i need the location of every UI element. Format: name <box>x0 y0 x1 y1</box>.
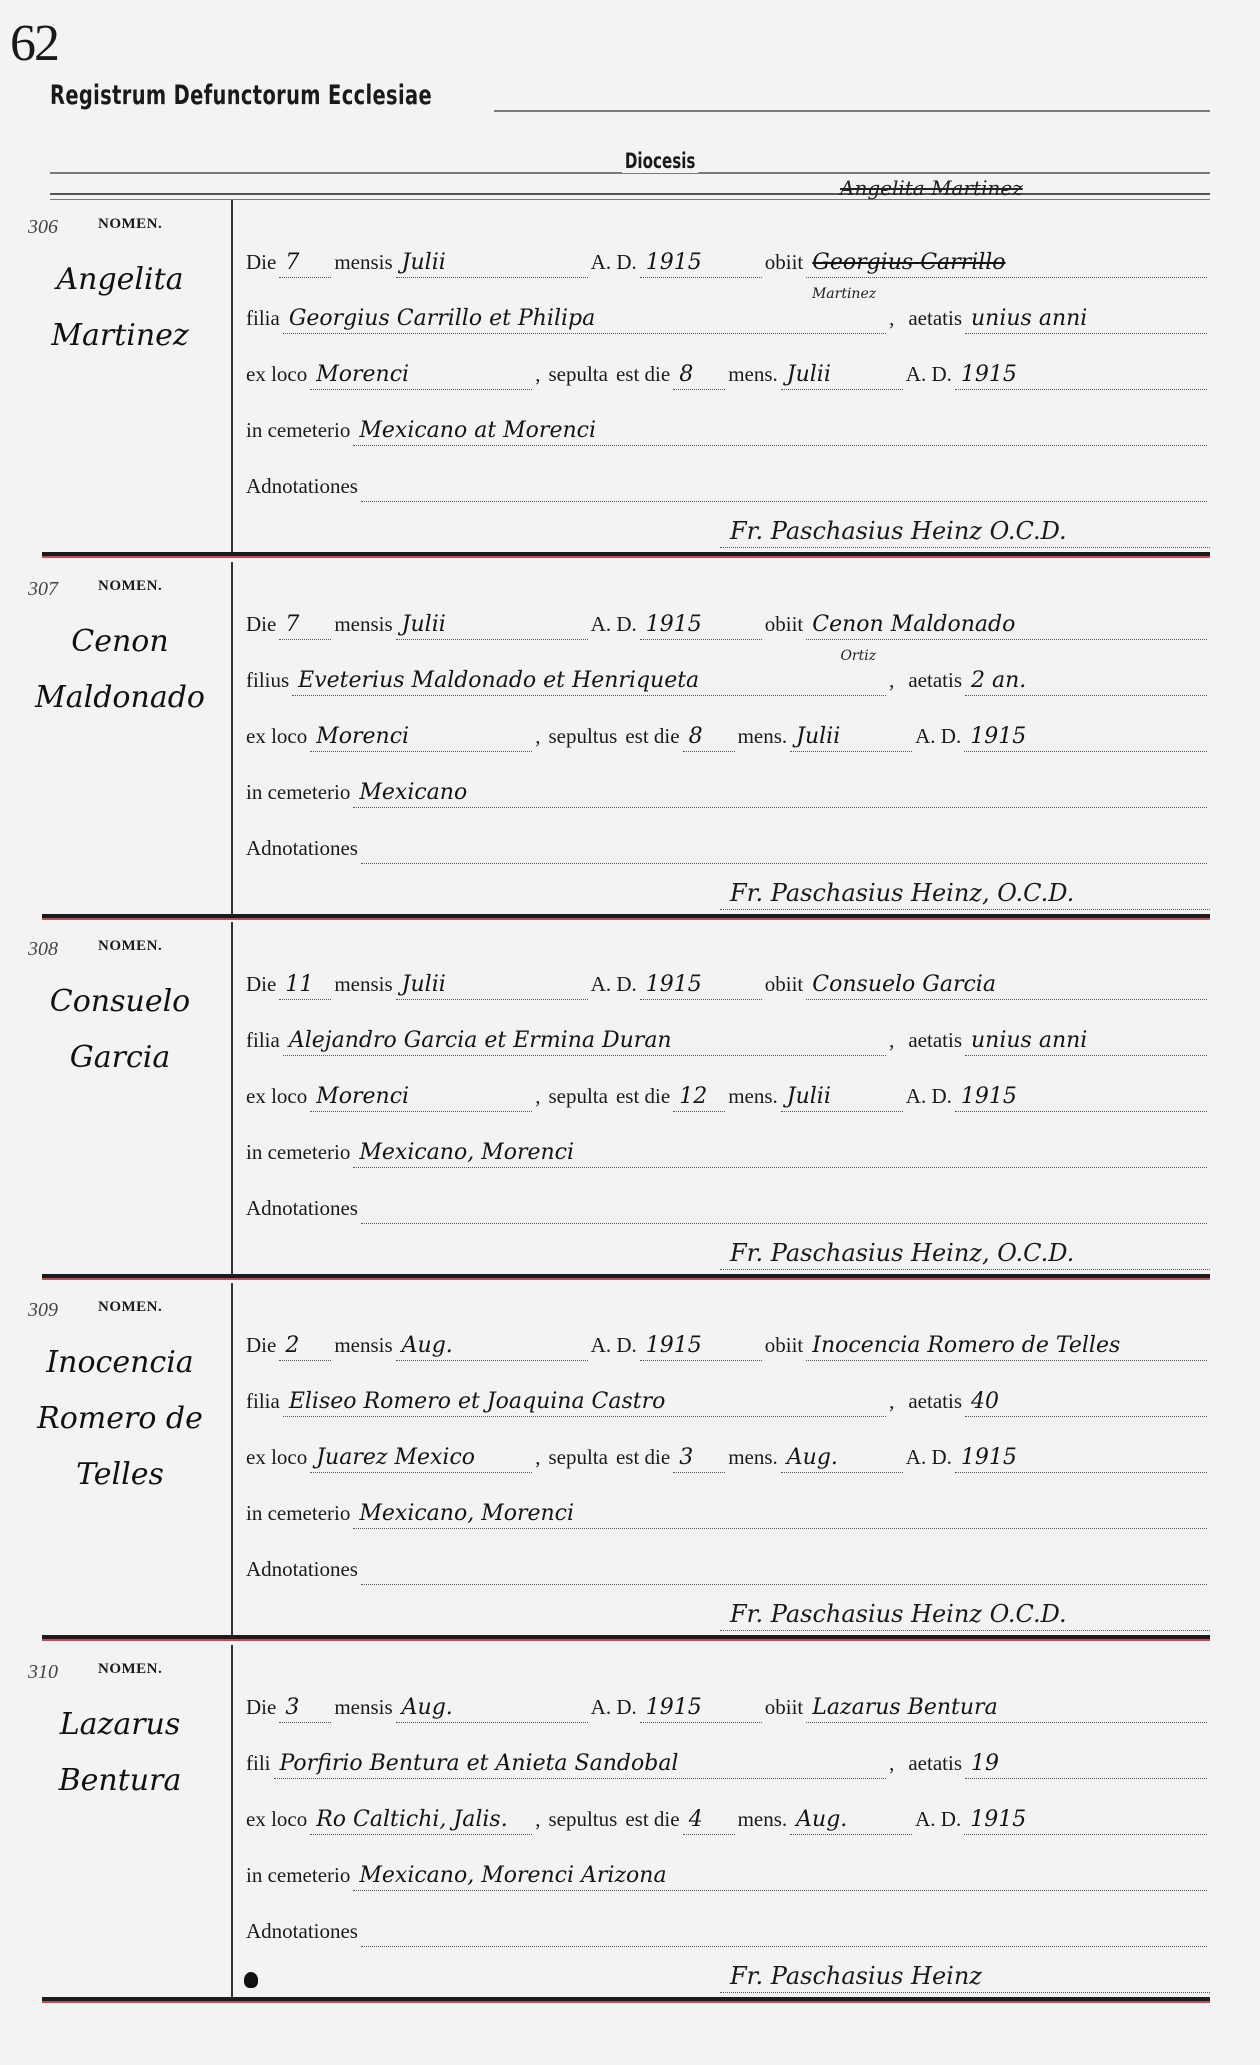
adnotationes-label: Adnotationes <box>246 1557 358 1585</box>
column-divider <box>231 200 233 555</box>
obiit-label: obiit <box>765 250 804 278</box>
cemetery-field[interactable]: Mexicano <box>353 780 1207 808</box>
column-divider <box>231 562 233 917</box>
death-year-field[interactable]: 1915 <box>640 612 762 640</box>
nomen-label: NOMEN. <box>98 216 162 233</box>
annotations-field[interactable] <box>361 1944 1207 1947</box>
burial-month-field[interactable]: Julii <box>790 724 912 752</box>
parents-value: Porfirio Bentura et Anieta Sandobal <box>280 1751 679 1776</box>
signature-row: Fr. Paschasius Heinz <box>720 1953 1210 1993</box>
death-date-row: Die 2 mensis Aug. A. D. 1915 obiit Inoce… <box>246 1325 1210 1361</box>
die-label: Die <box>246 1333 276 1361</box>
death-date-row: Die 3 mensis Aug. A. D. 1915 obiit Lazar… <box>246 1687 1210 1723</box>
burial-year-field[interactable]: 1915 <box>964 724 1207 752</box>
comma: , <box>889 668 894 696</box>
ex-loco-label: ex loco <box>246 1445 307 1473</box>
deceased-name-line: Telles <box>20 1457 220 1492</box>
age-field[interactable]: 2 an. <box>965 668 1207 696</box>
parents-row: filia Georgius Carrillo et Philipa Marti… <box>246 298 1210 334</box>
aetatis-label: aetatis <box>908 1028 962 1056</box>
cemetery-row: in cemeterio Mexicano, Morenci <box>246 1493 1210 1529</box>
aetatis-label: aetatis <box>908 306 962 334</box>
ex-loco-label: ex loco <box>246 1807 307 1835</box>
deceased-name-line: Martinez <box>20 318 220 353</box>
comma: , <box>535 1084 540 1112</box>
aetatis-label: aetatis <box>908 1389 962 1417</box>
burial-row: ex loco Morenci , sepultus est die 8 men… <box>246 716 1210 752</box>
obiit-field[interactable]: Georgius Carrillo <box>806 250 1207 278</box>
cemeterio-label: in cemeterio <box>246 1140 350 1168</box>
die-label: Die <box>246 250 276 278</box>
annotations-field[interactable] <box>361 1582 1207 1585</box>
origin-field[interactable]: Morenci <box>310 362 532 390</box>
die-label: Die <box>246 612 276 640</box>
burial-row: ex loco Juarez Mexico , sepulta est die … <box>246 1437 1210 1473</box>
burial-year-field[interactable]: 1915 <box>955 362 1207 390</box>
mens-label: mens. <box>728 1084 778 1112</box>
adnotationes-label: Adnotationes <box>246 474 358 502</box>
register-entry-309: 309 NOMEN. InocenciaRomero deTelles Die … <box>0 1283 1260 1645</box>
death-date-row: Die 7 mensis Julii A. D. 1915 obiit Ceno… <box>246 604 1210 640</box>
aetatis-label: aetatis <box>908 668 962 696</box>
ad-label: A. D. <box>906 362 952 390</box>
burial-day-field[interactable]: 8 <box>683 724 735 752</box>
annotations-row: Adnotationes <box>246 828 1210 864</box>
register-entry-306: 306 NOMEN. AngelitaMartinez Die 7 mensis… <box>0 200 1260 562</box>
death-year-field[interactable]: 1915 <box>640 1333 762 1361</box>
annotations-field[interactable] <box>361 1221 1207 1224</box>
sepult-label: sepulta <box>548 1084 607 1112</box>
mensis-label: mensis <box>334 1333 392 1361</box>
parents-value: Eliseo Romero et Joaquina Castro <box>289 1389 666 1414</box>
obiit-field[interactable]: Inocencia Romero de Telles <box>806 1333 1207 1361</box>
deceased-name-line: Consuelo <box>20 984 220 1019</box>
entry-number: 307 <box>28 578 58 601</box>
relation-label: filius <box>246 668 289 696</box>
mensis-label: mensis <box>334 1695 392 1723</box>
burial-day-field[interactable]: 3 <box>673 1445 725 1473</box>
parents-row: filia Alejandro Garcia et Ermina Duran ,… <box>246 1020 1210 1056</box>
est-die-label: est die <box>616 362 670 390</box>
entry-separator <box>42 1274 1210 1278</box>
adnotationes-label: Adnotationes <box>246 1196 358 1224</box>
death-year-field[interactable]: 1915 <box>640 250 762 278</box>
burial-month-field[interactable]: Aug. <box>790 1807 912 1835</box>
entry-number: 306 <box>28 216 58 239</box>
sepult-label: sepultus <box>548 1807 617 1835</box>
ad-label: A. D. <box>915 724 961 752</box>
signature-row: Fr. Paschasius Heinz, O.C.D. <box>720 1230 1210 1270</box>
deceased-name-line: Cenon <box>20 624 220 659</box>
sepult-label: sepultus <box>548 724 617 752</box>
register-title: Registrum Defunctorum Ecclesiae <box>50 80 432 111</box>
ad-label: A. D. <box>591 250 637 278</box>
header-rule <box>50 193 1210 195</box>
burial-row: ex loco Ro Caltichi, Jalis. , sepultus e… <box>246 1799 1210 1835</box>
parents-row: filia Eliseo Romero et Joaquina Castro ,… <box>246 1381 1210 1417</box>
register-entry-308: 308 NOMEN. ConsueloGarcia Die 11 mensis … <box>0 922 1260 1284</box>
parents-field[interactable]: Eliseo Romero et Joaquina Castro <box>283 1389 886 1417</box>
sepult-label: sepulta <box>548 1445 607 1473</box>
death-year-field[interactable]: 1915 <box>640 972 762 1000</box>
deceased-name-line: Inocencia <box>20 1345 220 1380</box>
burial-year-field[interactable]: 1915 <box>964 1807 1207 1835</box>
parents-field[interactable]: Alejandro Garcia et Ermina Duran <box>283 1028 886 1056</box>
burial-row: ex loco Morenci , sepulta est die 8 mens… <box>246 354 1210 390</box>
burial-row: ex loco Morenci , sepulta est die 12 men… <box>246 1076 1210 1112</box>
parents-value: Alejandro Garcia et Ermina Duran <box>289 1028 672 1053</box>
aetatis-label: aetatis <box>908 1751 962 1779</box>
comma: , <box>889 306 894 334</box>
parents-insert: Ortiz <box>840 648 876 664</box>
column-divider <box>231 922 233 1277</box>
annotations-row: Adnotationes <box>246 466 1210 502</box>
mensis-label: mensis <box>334 250 392 278</box>
register-entry-307: 307 NOMEN. CenonMaldonado Die 7 mensis J… <box>0 562 1260 924</box>
age-field[interactable]: unius anni <box>965 306 1207 334</box>
cemetery-row: in cemeterio Mexicano, Morenci <box>246 1132 1210 1168</box>
column-divider <box>231 1283 233 1638</box>
est-die-label: est die <box>625 724 679 752</box>
cemeterio-label: in cemeterio <box>246 418 350 446</box>
cemeterio-label: in cemeterio <box>246 780 350 808</box>
parents-row: filius Eveterius Maldonado et Henriqueta… <box>246 660 1210 696</box>
cemetery-field[interactable]: Mexicano at Morenci <box>353 418 1207 446</box>
relation-label: filia <box>246 1028 280 1056</box>
est-die-label: est die <box>625 1807 679 1835</box>
death-day-field[interactable]: 2 <box>279 1333 331 1361</box>
signature-row: Fr. Paschasius Heinz O.C.D. <box>720 1591 1210 1631</box>
ex-loco-label: ex loco <box>246 362 307 390</box>
header-correction-note: Angelita Martinez <box>840 176 1023 200</box>
mens-label: mens. <box>738 1807 788 1835</box>
cemetery-field[interactable]: Mexicano, Morenci <box>353 1501 1207 1529</box>
ad-label: A. D. <box>906 1445 952 1473</box>
origin-field[interactable]: Juarez Mexico <box>310 1445 532 1473</box>
death-month-field[interactable]: Julii <box>396 612 588 640</box>
age-field[interactable]: 40 <box>965 1389 1207 1417</box>
deceased-name-line: Romero de <box>20 1401 220 1436</box>
parents-row: fili Porfirio Bentura et Anieta Sandobal… <box>246 1743 1210 1779</box>
column-divider <box>231 1645 233 2000</box>
origin-field[interactable]: Morenci <box>310 724 532 752</box>
death-month-field[interactable]: Aug. <box>396 1333 588 1361</box>
origin-field[interactable]: Morenci <box>310 1084 532 1112</box>
deceased-name-line: Garcia <box>20 1040 220 1075</box>
comma: , <box>535 724 540 752</box>
ad-label: A. D. <box>906 1084 952 1112</box>
annotations-field[interactable] <box>361 861 1207 864</box>
entry-number: 310 <box>28 1661 58 1684</box>
cemetery-row: in cemeterio Mexicano, Morenci Arizona <box>246 1855 1210 1891</box>
mens-label: mens. <box>728 362 778 390</box>
death-day-field[interactable]: 11 <box>279 972 331 1000</box>
relation-label: filia <box>246 306 280 334</box>
sepult-label: sepulta <box>548 362 607 390</box>
annotations-row: Adnotationes <box>246 1188 1210 1224</box>
parents-field[interactable]: Eveterius Maldonado et Henriqueta Ortiz <box>292 668 886 696</box>
obiit-label: obiit <box>765 972 804 1000</box>
nomen-label: NOMEN. <box>98 578 162 595</box>
page-number: 62 <box>10 18 58 70</box>
burial-day-field[interactable]: 12 <box>673 1084 725 1112</box>
death-day-field[interactable]: 3 <box>279 1695 331 1723</box>
burial-year-field[interactable]: 1915 <box>955 1445 1207 1473</box>
adnotationes-label: Adnotationes <box>246 836 358 864</box>
entry-separator <box>42 552 1210 556</box>
obiit-label: obiit <box>765 612 804 640</box>
burial-month-field[interactable]: Julii <box>781 1084 903 1112</box>
cemetery-row: in cemeterio Mexicano <box>246 772 1210 808</box>
annotations-row: Adnotationes <box>246 1911 1210 1947</box>
ad-label: A. D. <box>591 1333 637 1361</box>
parents-insert: Martinez <box>812 286 876 302</box>
burial-day-field[interactable]: 4 <box>683 1807 735 1835</box>
ad-label: A. D. <box>591 612 637 640</box>
mens-label: mens. <box>738 724 788 752</box>
obiit-field[interactable]: Cenon Maldonado <box>806 612 1207 640</box>
cemeterio-label: in cemeterio <box>246 1501 350 1529</box>
entry-number: 309 <box>28 1299 58 1322</box>
death-year-field[interactable]: 1915 <box>640 1695 762 1723</box>
cemetery-field[interactable]: Mexicano, Morenci Arizona <box>353 1863 1207 1891</box>
origin-field[interactable]: Ro Caltichi, Jalis. <box>310 1807 532 1835</box>
nomen-label: NOMEN. <box>98 1299 162 1316</box>
cemetery-field[interactable]: Mexicano, Morenci <box>353 1140 1207 1168</box>
mensis-label: mensis <box>334 612 392 640</box>
obiit-label: obiit <box>765 1695 804 1723</box>
register-entry-310: 310 NOMEN. LazarusBentura Die 3 mensis A… <box>0 1645 1260 2007</box>
cemetery-row: in cemeterio Mexicano at Morenci <box>246 410 1210 446</box>
parents-value: Georgius Carrillo et Philipa <box>289 306 595 331</box>
parents-field[interactable]: Porfirio Bentura et Anieta Sandobal <box>274 1751 887 1779</box>
comma: , <box>535 362 540 390</box>
death-month-field[interactable]: Julii <box>396 250 588 278</box>
est-die-label: est die <box>616 1445 670 1473</box>
death-day-field[interactable]: 7 <box>279 612 331 640</box>
entry-separator <box>42 914 1210 918</box>
obiit-field[interactable]: Consuelo Garcia <box>806 972 1207 1000</box>
burial-day-field[interactable]: 8 <box>673 362 725 390</box>
est-die-label: est die <box>616 1084 670 1112</box>
ex-loco-label: ex loco <box>246 724 307 752</box>
ink-blot-mark <box>244 1972 258 1988</box>
priest-signature: Fr. Paschasius Heinz, O.C.D. <box>720 1239 1210 1270</box>
comma: , <box>889 1028 894 1056</box>
death-date-row: Die 11 mensis Julii A. D. 1915 obiit Con… <box>246 964 1210 1000</box>
die-label: Die <box>246 1695 276 1723</box>
deceased-name-line: Bentura <box>20 1763 220 1798</box>
annotations-field[interactable] <box>361 499 1207 502</box>
die-label: Die <box>246 972 276 1000</box>
annotations-row: Adnotationes <box>246 1549 1210 1585</box>
priest-signature: Fr. Paschasius Heinz O.C.D. <box>720 517 1210 548</box>
parents-field[interactable]: Georgius Carrillo et Philipa Martinez <box>283 306 886 334</box>
parents-value: Eveterius Maldonado et Henriqueta <box>298 668 699 693</box>
age-field[interactable]: 19 <box>965 1751 1207 1779</box>
ad-label: A. D. <box>591 972 637 1000</box>
relation-label: filia <box>246 1389 280 1417</box>
adnotationes-label: Adnotationes <box>246 1919 358 1947</box>
entry-separator <box>42 1997 1210 2001</box>
deceased-name-line: Angelita <box>20 262 220 297</box>
entry-separator <box>42 1635 1210 1639</box>
entry-number: 308 <box>28 938 58 961</box>
death-month-field[interactable]: Julii <box>396 972 588 1000</box>
death-month-field[interactable]: Aug. <box>396 1695 588 1723</box>
mens-label: mens. <box>728 1445 778 1473</box>
nomen-label: NOMEN. <box>98 1661 162 1678</box>
ad-label: A. D. <box>591 1695 637 1723</box>
mensis-label: mensis <box>334 972 392 1000</box>
burial-month-field[interactable]: Aug. <box>781 1445 903 1473</box>
comma: , <box>535 1807 540 1835</box>
ad-label: A. D. <box>915 1807 961 1835</box>
diocesis-label: Diocesis <box>622 149 698 173</box>
nomen-label: NOMEN. <box>98 938 162 955</box>
relation-label: fili <box>246 1751 271 1779</box>
cemeterio-label: in cemeterio <box>246 1863 350 1891</box>
obiit-label: obiit <box>765 1333 804 1361</box>
priest-signature: Fr. Paschasius Heinz <box>720 1962 1210 1993</box>
burial-year-field[interactable]: 1915 <box>955 1084 1207 1112</box>
death-date-row: Die 7 mensis Julii A. D. 1915 obiit Geor… <box>246 242 1210 278</box>
title-rule <box>494 110 1210 112</box>
death-day-field[interactable]: 7 <box>279 250 331 278</box>
ex-loco-label: ex loco <box>246 1084 307 1112</box>
signature-row: Fr. Paschasius Heinz O.C.D. <box>720 508 1210 548</box>
comma: , <box>889 1389 894 1417</box>
deceased-name-line: Maldonado <box>20 680 220 715</box>
priest-signature: Fr. Paschasius Heinz O.C.D. <box>720 1600 1210 1631</box>
comma: , <box>889 1751 894 1779</box>
deceased-name-line: Lazarus <box>20 1707 220 1742</box>
signature-row: Fr. Paschasius Heinz, O.C.D. <box>720 870 1210 910</box>
priest-signature: Fr. Paschasius Heinz, O.C.D. <box>720 879 1210 910</box>
burial-month-field[interactable]: Julii <box>781 362 903 390</box>
comma: , <box>535 1445 540 1473</box>
obiit-field[interactable]: Lazarus Bentura <box>806 1695 1207 1723</box>
age-field[interactable]: unius anni <box>965 1028 1207 1056</box>
